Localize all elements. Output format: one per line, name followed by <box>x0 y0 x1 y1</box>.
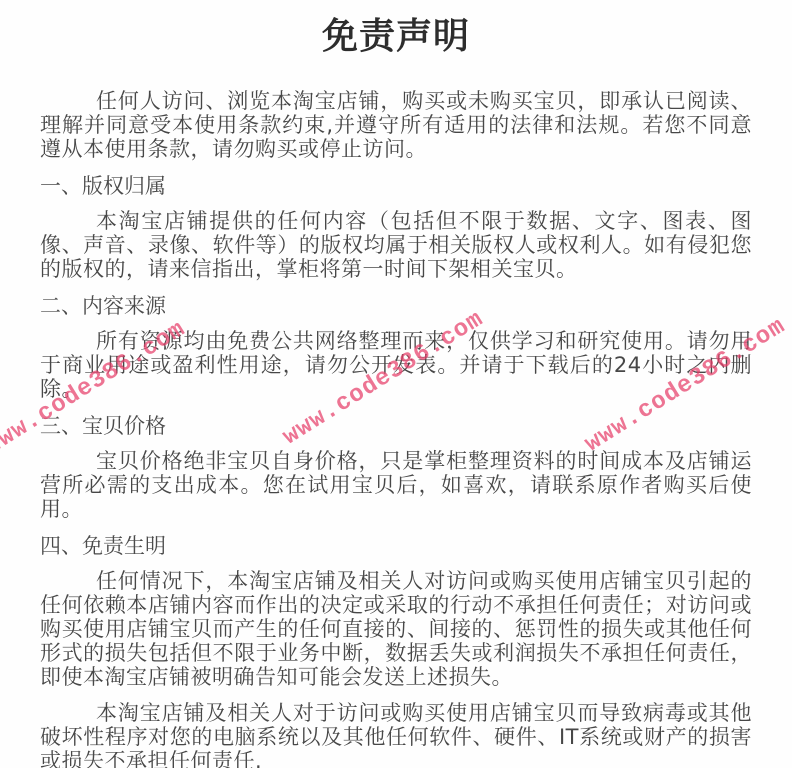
document-page: 免责声明 任何人访问、浏览本淘宝店铺，购买或未购买宝贝，即承认已阅读、理解并同意… <box>0 0 792 768</box>
section-heading-copyright: 一、版权归属 <box>40 174 752 198</box>
content-source-paragraph: 所有资源均由免费公共网络整理而来，仅供学习和研究使用。请勿用于商业用途或盈利性用… <box>40 329 752 401</box>
doc-title: 免责声明 <box>40 14 752 59</box>
item-price-paragraph: 宝贝价格绝非宝贝自身价格，只是掌柜整理资料的时间成本及店铺运营所必需的支出成本。… <box>40 449 752 521</box>
disclaimer-paragraph-1: 任何情况下，本淘宝店铺及相关人对访问或购买使用店铺宝贝引起的任何依赖本店铺内容而… <box>40 569 752 689</box>
intro-paragraph: 任何人访问、浏览本淘宝店铺，购买或未购买宝贝，即承认已阅读、理解并同意受本使用条… <box>40 89 752 161</box>
disclaimer-paragraph-2: 本淘宝店铺及相关人对于访问或购买使用店铺宝贝而导致病毒或其他破坏性程序对您的电脑… <box>40 701 752 768</box>
section-heading-disclaimer: 四、免责生明 <box>40 534 752 558</box>
section-heading-content-source: 二、内容来源 <box>40 294 752 318</box>
copyright-paragraph: 本淘宝店铺提供的任何内容（包括但不限于数据、文字、图表、图像、声音、录像、软件等… <box>40 209 752 281</box>
section-heading-item-price: 三、宝贝价格 <box>40 414 752 438</box>
